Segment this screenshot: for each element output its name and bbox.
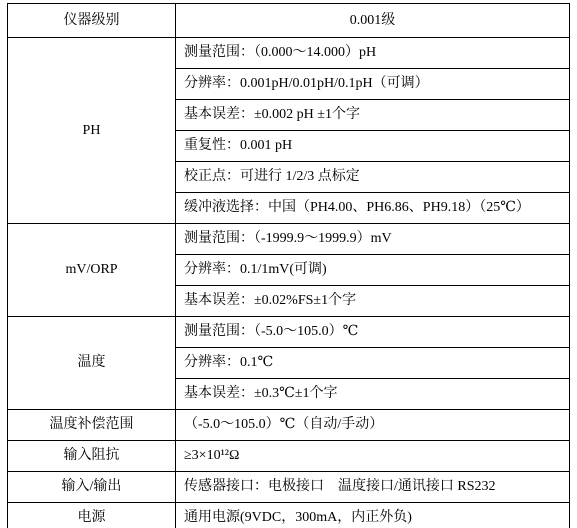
table-row-input-impedance: 输入阻抗 ≥3×10¹²Ω — [8, 441, 570, 472]
value-cell-mv-resolution: 分辨率：0.1/1mV(可调) — [176, 255, 570, 286]
value-cell-ph-repeatability: 重复性：0.001 pH — [176, 131, 570, 162]
category-cell-ph: PH — [8, 38, 176, 224]
category-cell-input-output: 输入/输出 — [8, 472, 176, 503]
value-cell-mv-range: 测量范围：（-1999.9～1999.9）mV — [176, 224, 570, 255]
value-cell-ph-buffer: 缓冲液选择：中国（PH4.00、PH6.86、PH9.18）（25℃） — [176, 193, 570, 224]
table-row-ph-range: PH 测量范围：（0.000～14.000）pH — [8, 38, 570, 69]
spec-table: 仪器级别 0.001级 PH 测量范围：（0.000～14.000）pH 分辨率… — [7, 3, 570, 528]
value-cell-input-impedance: ≥3×10¹²Ω — [176, 441, 570, 472]
page-container: 仪器级别 0.001级 PH 测量范围：（0.000～14.000）pH 分辨率… — [0, 0, 577, 528]
value-cell-ph-basic-error: 基本误差：±0.002 pH ±1个字 — [176, 100, 570, 131]
value-cell-temp-compensation: （-5.0～105.0）℃（自动/手动） — [176, 410, 570, 441]
table-row-temp-compensation: 温度补偿范围 （-5.0～105.0）℃（自动/手动） — [8, 410, 570, 441]
value-cell-power: 通用电源(9VDC，300mA，内正外负) — [176, 503, 570, 528]
category-cell-temperature: 温度 — [8, 317, 176, 410]
category-cell-power: 电源 — [8, 503, 176, 528]
value-cell-ph-resolution: 分辨率：0.001pH/0.01pH/0.1pH（可调） — [176, 69, 570, 100]
table-row-power: 电源 通用电源(9VDC，300mA，内正外负) — [8, 503, 570, 528]
category-cell-instrument-class: 仪器级别 — [8, 4, 176, 38]
table-row-instrument-class: 仪器级别 0.001级 — [8, 4, 570, 38]
table-row-temp-range: 温度 测量范围：（-5.0～105.0）℃ — [8, 317, 570, 348]
value-cell-temp-range: 测量范围：（-5.0～105.0）℃ — [176, 317, 570, 348]
value-cell-input-output: 传感器接口：电极接口 温度接口/通讯接口 RS232 — [176, 472, 570, 503]
value-cell-mv-basic-error: 基本误差：±0.02%FS±1个字 — [176, 286, 570, 317]
value-cell-temp-resolution: 分辨率：0.1℃ — [176, 348, 570, 379]
value-cell-ph-calibration: 校正点：可进行 1/2/3 点标定 — [176, 162, 570, 193]
category-cell-temp-compensation: 温度补偿范围 — [8, 410, 176, 441]
category-cell-mv-orp: mV/ORP — [8, 224, 176, 317]
table-row-mv-range: mV/ORP 测量范围：（-1999.9～1999.9）mV — [8, 224, 570, 255]
value-cell-temp-basic-error: 基本误差：±0.3℃±1个字 — [176, 379, 570, 410]
category-cell-input-impedance: 输入阻抗 — [8, 441, 176, 472]
value-cell-ph-range: 测量范围：（0.000～14.000）pH — [176, 38, 570, 69]
value-cell-instrument-class: 0.001级 — [176, 4, 570, 38]
table-row-input-output: 输入/输出 传感器接口：电极接口 温度接口/通讯接口 RS232 — [8, 472, 570, 503]
